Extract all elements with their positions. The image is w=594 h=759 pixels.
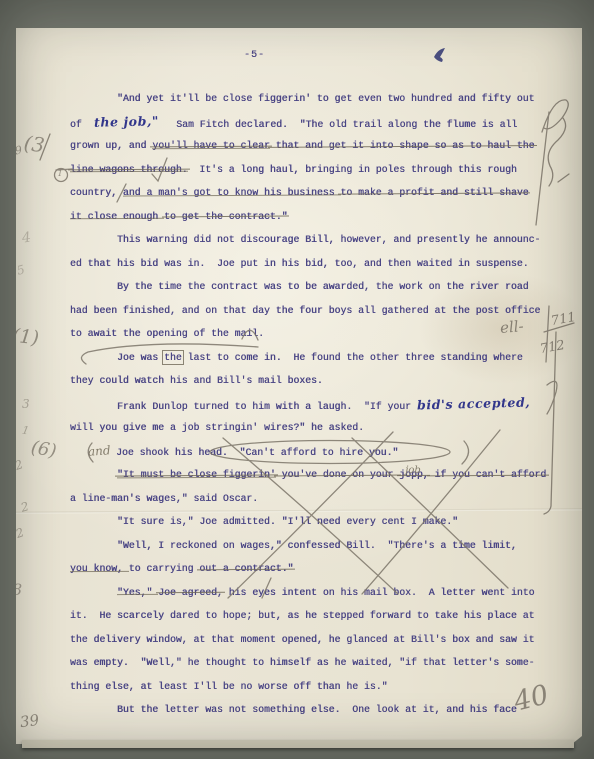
pencil-margin-mark: (1) — [11, 325, 40, 350]
scanned-manuscript-on-gray-mount: { "page": { "header": "-5-" }, "typescri… — [0, 0, 594, 759]
pencil-margin-mark: 3 — [6, 351, 16, 366]
pencil-margin-mark: 2 — [13, 457, 25, 473]
pencil-margin-mark: 712 — [539, 338, 566, 357]
pencil-margin-mark: 5 — [15, 262, 26, 278]
pencil-margin-mark: 4 — [21, 229, 32, 246]
pencil-margin-mark: 3 — [22, 397, 30, 411]
pencil-margin-mark: (6) — [29, 437, 58, 462]
pencil-margin-mark: 8 — [12, 580, 22, 599]
pencil-margin-mark: ell- — [499, 317, 524, 337]
underlying-sheet-edge — [22, 740, 574, 748]
pencil-margin-mark: 39 — [19, 711, 40, 731]
pencil-margin-mark: 2 — [14, 525, 26, 541]
pencil-margin-mark: 711 — [550, 310, 577, 329]
pencil-margin-mark: 1 — [21, 423, 30, 437]
annotation-layer: 9(3145(1)331(6)22283940ell-711712 — [16, 28, 582, 744]
pencil-margin-mark: 40 — [511, 679, 552, 717]
pencil-margin-mark: 9 — [14, 143, 23, 157]
manuscript-page: -5- "And yet it'll be close figgerin' to… — [16, 28, 582, 744]
pencil-margin-mark: 2 — [19, 499, 30, 515]
pencil-margin-mark: 1 — [58, 169, 63, 178]
pencil-margin-mark: (3 — [22, 131, 46, 158]
